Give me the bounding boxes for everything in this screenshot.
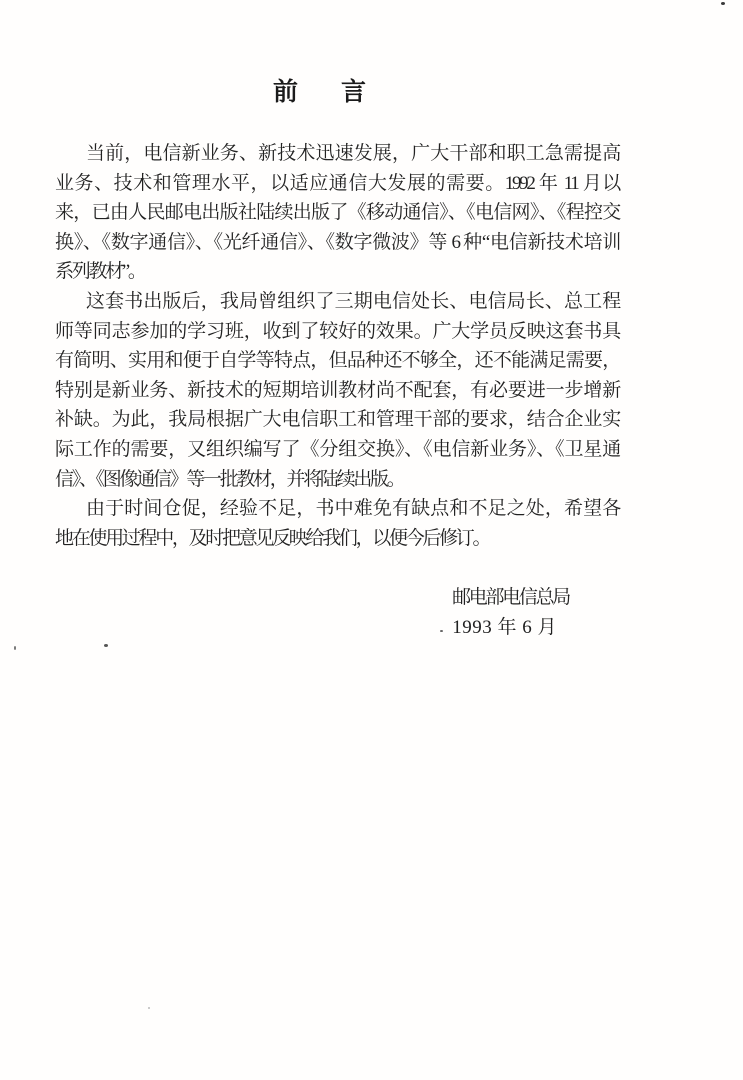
scan-speck [104,644,108,647]
text-line: 系列教材”。 [55,257,619,287]
paragraphs: 当前，电信新业务、新技术迅速发展，广大干部和职工急需提高业务、技术和管理水平，以… [55,139,619,553]
text-line: 有简明、实用和便于自学等特点，但品种还不够全，还不能满足需要， [55,346,619,376]
text-line: 当前，电信新业务、新技术迅速发展，广大干部和职工急需提高 [55,139,619,169]
scanned-preface-page: 前 言 当前，电信新业务、新技术迅速发展，广大干部和职工急需提高业务、技术和管理… [0,0,743,1080]
scan-speck [440,630,443,632]
text-line: 信》、《图像通信》等一批教材，并将陆续出版。 [55,465,619,495]
text-line: 由于时间仓促，经验不足，书中难免有缺点和不足之处，希望各 [55,494,619,524]
scan-speck [14,646,16,650]
blank-line [55,553,619,583]
signature-date: 1993 年 6 月 [55,613,619,643]
text-line: 来，已由人民邮电出版社陆续出版了《移动通信》、《电信网》、《程控交 [55,198,619,228]
text-line: 补缺。为此，我局根据广大电信职工和管理干部的要求，结合企业实 [55,405,619,435]
preface-body: 当前，电信新业务、新技术迅速发展，广大干部和职工急需提高业务、技术和管理水平，以… [55,139,619,642]
page-title: 前 言 [42,72,606,108]
text-line: 业务、技术和管理水平，以适应通信大发展的需要。1992 年 11 月以 [55,169,619,199]
text-line: 际工作的需要，又组织编写了《分组交换》、《电信新业务》、《卫星通 [55,435,619,465]
text-line: 师等同志参加的学习班，收到了较好的效果。广大学员反映这套书具 [55,317,619,347]
text-line: 换》、《数字通信》、《光纤通信》、《数字微波》等 6 种“电信新技术培训 [55,228,619,258]
signature-organization: 邮电部电信总局 [55,583,619,613]
scan-speck [721,2,725,5]
text-line: 特别是新业务、新技术的短期培训教材尚不配套，有必要进一步增新 [55,376,619,406]
scan-speck [148,1007,150,1009]
text-line: 地在使用过程中，及时把意见反映给我们，以便今后修订。 [55,524,619,554]
text-line: 这套书出版后，我局曾组织了三期电信处长、电信局长、总工程 [55,287,619,317]
